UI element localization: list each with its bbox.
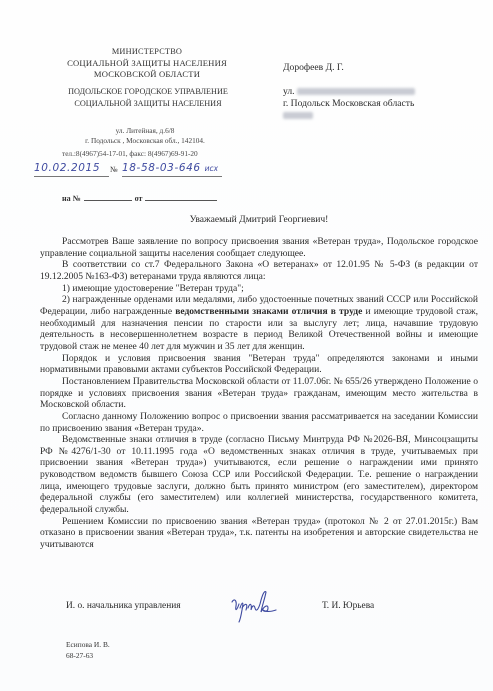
ministry-line: МИНИСТЕРСТВО [52, 46, 242, 58]
body-paragraph: Согласно данному Положению вопрос о прис… [40, 411, 478, 434]
address-line: г. Подольск , Московская обл., 142104. [50, 136, 240, 146]
reply-date-label: от [135, 194, 143, 203]
ministry-line: МОСКОВСКОЙ ОБЛАСТИ [52, 69, 242, 81]
registration-number: 18-58-03-646 исх [122, 162, 222, 177]
redacted-street [297, 88, 415, 95]
ministry-header: МИНИСТЕРСТВО СОЦИАЛЬНОЙ ЗАЩИТЫ НАСЕЛЕНИЯ… [52, 46, 242, 81]
reply-number-label: на № [62, 194, 81, 203]
executor-block: Есипова И. В. 68-27-63 [66, 640, 110, 661]
addressee-city: г. Подольск Московская область [283, 98, 415, 110]
registration-date: 10.02.2015 [34, 162, 109, 177]
signatory-role: И. о. начальника управления [66, 601, 181, 611]
registration-number-suffix: исх [205, 164, 218, 173]
body-emphasis: ведомственными знаками отличия в труде [175, 306, 362, 317]
reply-number-blank [84, 192, 132, 201]
letter-body: Рассмотрев Ваше заявление по вопросу при… [40, 236, 478, 551]
letter-page: МИНИСТЕРСТВО СОЦИАЛЬНОЙ ЗАЩИТЫ НАСЕЛЕНИЯ… [0, 0, 493, 691]
registration-number-label: № [110, 165, 118, 174]
signatory-name: Т. И. Юрьева [322, 601, 374, 611]
department-line: ПОДОЛЬСКОЕ ГОРОДСКОЕ УПРАВЛЕНИЕ [48, 86, 248, 98]
addressee-block: Дорофеев Д. Г. ул. г. Подольск Московска… [283, 62, 415, 122]
reply-reference: на №от [62, 192, 217, 203]
redacted-postcode [283, 112, 313, 119]
department-line: СОЦИАЛЬНОЙ ЗАЩИТЫ НАСЕЛЕНИЯ [48, 98, 248, 110]
department-header: ПОДОЛЬСКОЕ ГОРОДСКОЕ УПРАВЛЕНИЕ СОЦИАЛЬН… [48, 86, 248, 109]
street-prefix: ул. [283, 86, 295, 97]
body-paragraph: Ведомственные знаки отличия в труде (сог… [40, 434, 478, 516]
executor-phone: 68-27-63 [66, 651, 110, 662]
sender-phone: тел.:8(4967)54-17-01, факс: 8(4967)69-91… [62, 149, 198, 158]
executor-name: Есипова И. В. [66, 640, 110, 651]
addressee-postcode [283, 110, 415, 122]
body-paragraph: В соответствии со ст.7 Федерального Зако… [40, 259, 478, 282]
addressee-street: ул. [283, 86, 415, 98]
ministry-line: СОЦИАЛЬНОЙ ЗАЩИТЫ НАСЕЛЕНИЯ [52, 58, 242, 70]
handwritten-signature-icon [228, 588, 288, 624]
registration-line: 10.02.2015 № 18-58-03-646 исх [34, 160, 244, 178]
body-paragraph: Рассмотрев Ваше заявление по вопросу при… [40, 236, 478, 259]
body-paragraph: Постановлением Правительства Московской … [40, 376, 478, 411]
body-paragraph: 2) награжденные орденами или медалями, л… [40, 294, 478, 352]
sender-address: ул. Литейная, д.6/8 г. Подольск , Москов… [50, 126, 240, 146]
body-paragraph: 1) имеющие удостоверение "Ветеран труда"… [40, 283, 478, 295]
address-line: ул. Литейная, д.6/8 [50, 126, 240, 136]
reply-date-blank [145, 192, 217, 201]
addressee-name: Дорофеев Д. Г. [283, 62, 415, 74]
greeting: Уважаемый Дмитрий Георгиевич! [40, 214, 478, 225]
body-paragraph: Решением Комиссии по присвоению звания «… [40, 516, 478, 551]
body-paragraph: Порядок и условия присвоения звания "Вет… [40, 353, 478, 376]
registration-number-value: 18-58-03-646 [122, 162, 201, 174]
